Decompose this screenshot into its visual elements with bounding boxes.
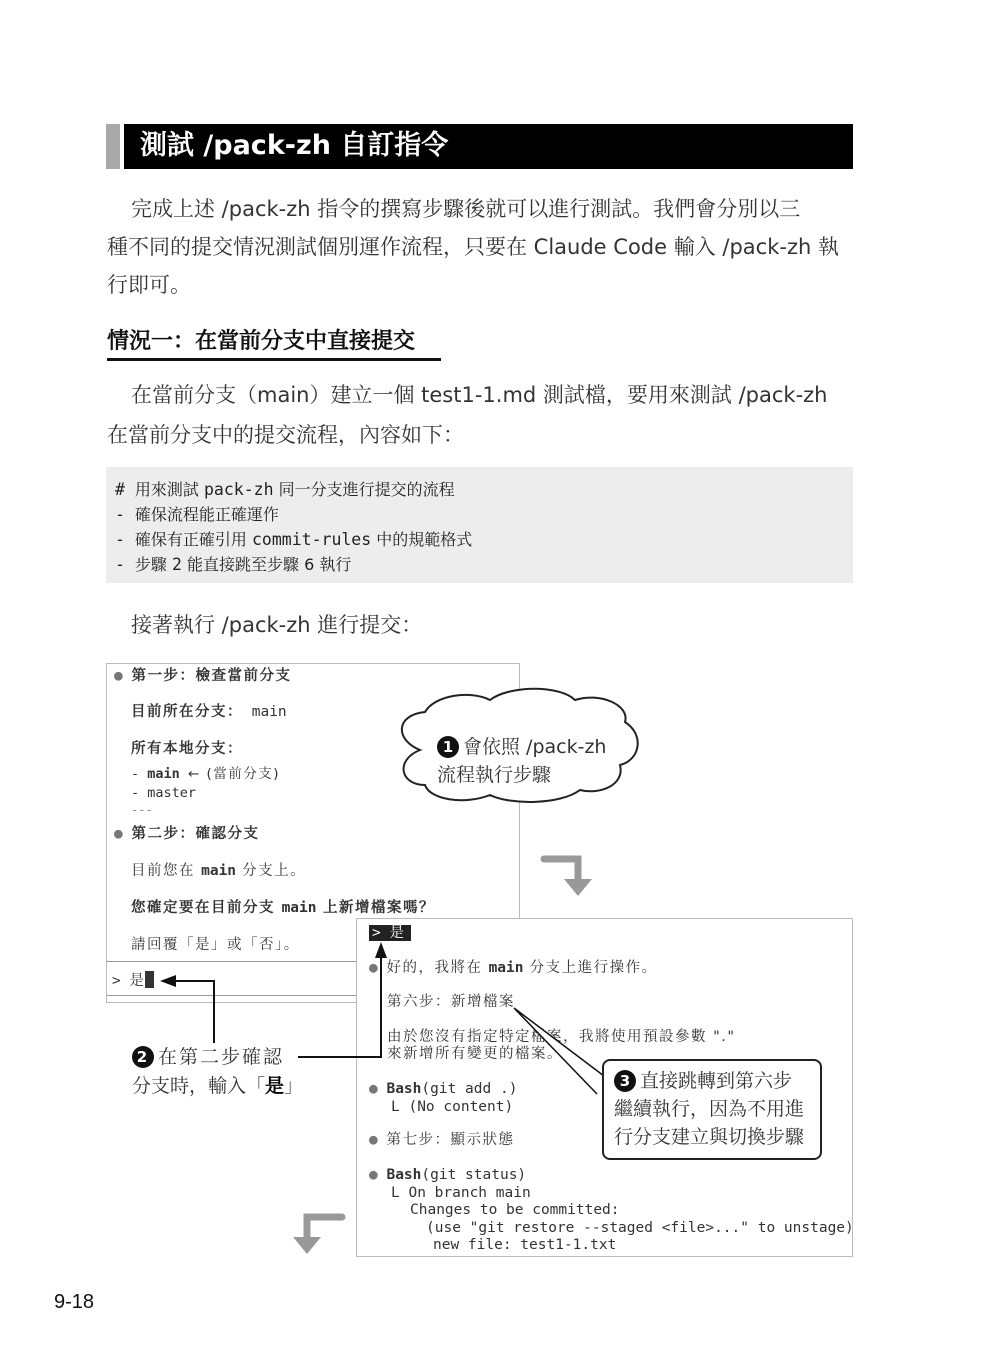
number-3-badge: 3 <box>614 1070 636 1092</box>
callout-1-line1: 1會依照 /pack-zh <box>437 734 606 761</box>
callout-3-line3: 行分支建立與切換步驟 <box>614 1124 804 1151</box>
annotation-overlay <box>0 0 1000 1353</box>
callout-1-line2: 流程執行步驟 <box>437 762 551 789</box>
callout-2-line1: 2在第二步確認 <box>132 1044 284 1071</box>
number-2-badge: 2 <box>132 1046 154 1068</box>
number-1-badge: 1 <box>437 736 459 758</box>
callout-2-line2: 分支時，輸入「是」 <box>132 1073 303 1100</box>
flow-arrow-down-left <box>307 1217 342 1238</box>
page-number: 9-18 <box>54 1291 94 1314</box>
callout-3-line2: 繼續執行，因為不用進 <box>614 1096 804 1123</box>
callout-3-line1: 3直接跳轉到第六步 <box>614 1068 792 1095</box>
flow-arrow-down-right <box>544 859 578 880</box>
